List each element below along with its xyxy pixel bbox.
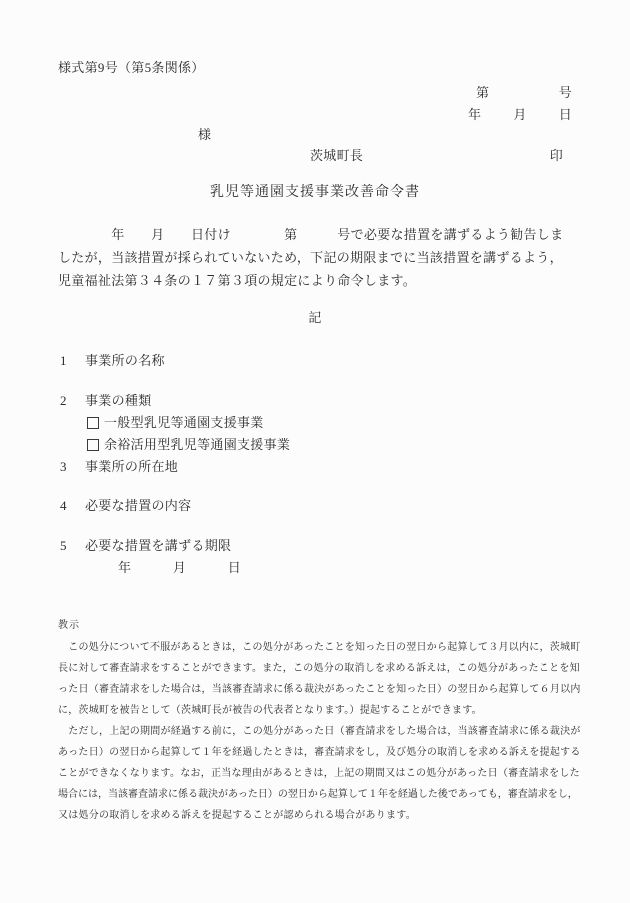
notice-line: ただし，上記の期間が経過する前に，この処分があった日（審査請求をした場合は，当該… <box>58 721 572 742</box>
notice-line: 又は処分の取消しを求める訴えを提起することが認められる場合があります。 <box>58 805 572 826</box>
deadline-date-line: 年 月 日 <box>118 560 241 575</box>
checkbox-icon[interactable] <box>87 439 99 451</box>
notice-paragraph-2: ただし，上記の期間が経過する前に，この処分があった日（審査請求をした場合は，当該… <box>58 721 572 826</box>
notice-line: この処分について不服があるときは，この処分があったことを知った日の翌日から起算し… <box>58 637 572 658</box>
item-number: 2 <box>58 393 85 408</box>
doc-number-prefix: 第 <box>476 85 489 100</box>
order-paragraph-line: 児童福祉法第３４条の１７第３項の規定により命令します。 <box>58 273 572 288</box>
notice-line: 長に対して審査請求をすることができます。また，この処分の取消しを求める訴えは，こ… <box>58 658 572 679</box>
list-item-business-address: 3 事業所の所在地 <box>58 459 572 474</box>
item-number: 1 <box>58 353 85 368</box>
document-number-line: 第 号 <box>476 85 572 100</box>
item-label: 事業の種類 <box>85 393 152 408</box>
document-page: 様式第9号（第5条関係） 第 号 年 月 日 様 茨城町長 印 乳児等通園支援事… <box>0 0 630 903</box>
issue-month-label: 月 <box>513 107 526 122</box>
issuer-name: 茨城町長 <box>310 148 363 163</box>
deadline-year-label: 年 <box>118 560 131 575</box>
item-number: 4 <box>58 498 85 513</box>
deadline-day-label: 日 <box>228 560 241 575</box>
document-title: 乳児等通園支援事業改善命令書 <box>58 184 572 201</box>
item-label: 事業所の名称 <box>85 353 165 368</box>
item-label: 必要な措置の内容 <box>85 498 191 513</box>
checkbox-option-general-type[interactable]: 一般型乳児等通園支援事業 <box>58 415 572 430</box>
item-label: 事業所の所在地 <box>85 459 178 474</box>
record-heading: 記 <box>58 310 572 325</box>
seal-mark: 印 <box>550 148 563 163</box>
notice-line: あった日）の翌日から起算して１年を経過したときは，審査請求をし，及び処分の取消し… <box>58 742 572 763</box>
form-number: 様式第9号（第5条関係） <box>58 60 572 75</box>
notice-heading: 教示 <box>58 619 572 633</box>
checkbox-label: 一般型乳児等通園支援事業 <box>104 415 264 430</box>
checkbox-option-surplus-type[interactable]: 余裕活用型乳児等通園支援事業 <box>58 437 572 452</box>
item-number: 5 <box>58 538 85 553</box>
item-number: 3 <box>58 459 85 474</box>
notice-line: に，茨城町を被告として（茨城町長が被告の代表者となります。）提起することができま… <box>58 700 572 721</box>
order-paragraph-line: 年 月 日付け 第 号で必要な措置を講ずるよう勧告しま <box>58 227 572 242</box>
notice-line: ことができなくなります。なお，正当な理由があるときは，上記の期間又はこの処分があ… <box>58 763 572 784</box>
checkbox-icon[interactable] <box>87 417 99 429</box>
order-paragraph: 年 月 日付け 第 号で必要な措置を講ずるよう勧告しま したが，当該措置が採られ… <box>58 227 572 288</box>
order-paragraph-line: したが，当該措置が採られていないため，下記の期限までに当該措置を講ずるよう， <box>58 250 572 265</box>
list-item-business-name: 1 事業所の名称 <box>58 353 572 368</box>
issuer-line: 茨城町長 印 <box>310 148 563 163</box>
list-item-required-measures: 4 必要な措置の内容 <box>58 498 572 513</box>
notice-paragraph-1: この処分について不服があるときは，この処分があったことを知った日の翌日から起算し… <box>58 637 572 721</box>
notice-line: 場合には，当該審査請求に係る裁決があった日）の翌日から起算して１年を経過した後で… <box>58 784 572 805</box>
issue-day-label: 日 <box>559 107 572 122</box>
doc-number-suffix: 号 <box>559 85 572 100</box>
notice-line: った日（審査請求をした場合は，当該審査請求に係る裁決があったことを知った日）の翌… <box>58 679 572 700</box>
addressee-line: 様 <box>58 127 572 142</box>
list-item-measure-deadline: 5 必要な措置を講ずる期限 <box>58 538 572 553</box>
issue-date-line: 年 月 日 <box>468 107 572 122</box>
list-item-business-type: 2 事業の種類 <box>58 393 572 408</box>
deadline-month-label: 月 <box>173 560 186 575</box>
item-label: 必要な措置を講ずる期限 <box>85 538 231 553</box>
issue-year-label: 年 <box>468 107 481 122</box>
checkbox-label: 余裕活用型乳児等通園支援事業 <box>104 437 290 452</box>
